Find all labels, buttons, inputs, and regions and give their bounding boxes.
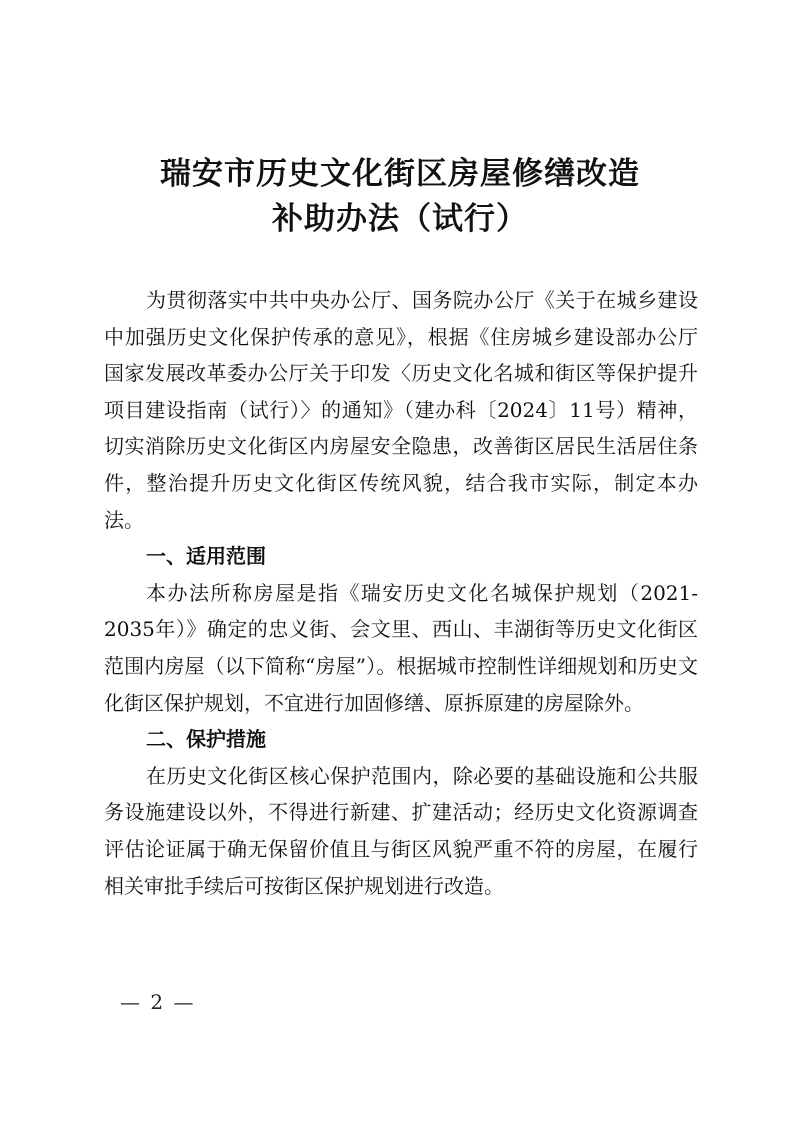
paragraph-protection: 在历史文化街区核心保护范围内，除必要的基础设施和公共服务设施建设以外，不得进行新… — [104, 758, 698, 904]
document-title-line1: 瑞安市历史文化街区房屋修缮改造 — [0, 148, 800, 193]
section-heading-protection: 二、保护措施 — [104, 721, 698, 758]
document-body: 为贯彻落实中共中央办公厅、国务院办公厅《关于在城乡建设中加强历史文化保护传承的意… — [104, 282, 698, 904]
page-number: — 2 — — [120, 990, 195, 1014]
section-heading-scope: 一、适用范围 — [104, 538, 698, 575]
document-title-line2: 补助办法（试行） — [0, 193, 800, 238]
paragraph-preamble: 为贯彻落实中共中央办公厅、国务院办公厅《关于在城乡建设中加强历史文化保护传承的意… — [104, 282, 698, 538]
document-page: 瑞安市历史文化街区房屋修缮改造 补助办法（试行） 为贯彻落实中共中央办公厅、国务… — [0, 0, 800, 1132]
paragraph-scope: 本办法所称房屋是指《瑞安历史文化名城保护规划（2021-2035年）》确定的忠义… — [104, 575, 698, 721]
